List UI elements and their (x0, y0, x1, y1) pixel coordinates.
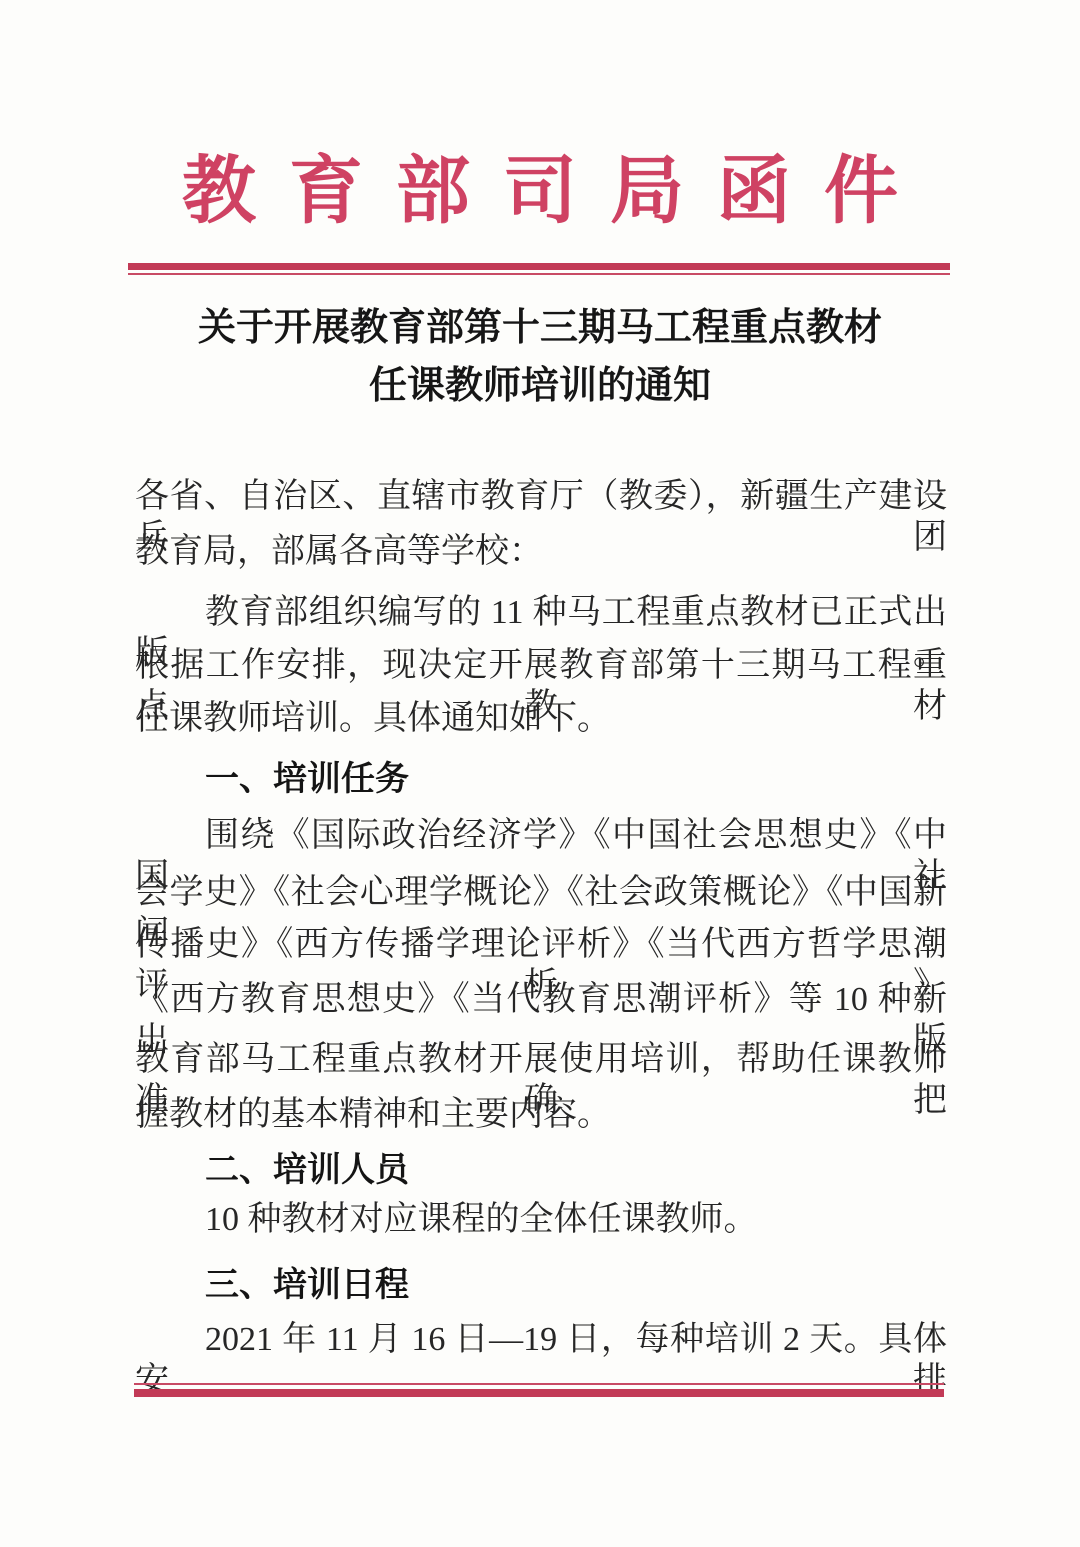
top-rule-thick-line (128, 263, 950, 270)
masthead-title: 教育部司局函件 (0, 155, 1080, 229)
body-line-personnel: 10 种教材对应课程的全体任课教师。 (135, 1200, 947, 1241)
scanned-document-page: 教育部司局函件 关于开展教育部第十三期马工程重点教材 任课教师培训的通知 各省、… (0, 0, 1080, 1547)
section-heading-1: 一、培训任务 (135, 759, 947, 800)
document-title-line-1: 关于开展教育部第十三期马工程重点教材 (0, 306, 1080, 352)
top-double-rule (128, 263, 950, 275)
bottom-rule-thick-line (134, 1389, 944, 1397)
document-title-line-2: 任课教师培训的通知 (0, 364, 1080, 410)
body-line-intro-3: 任课教师培训。具体通知如下。 (135, 699, 947, 740)
bottom-double-rule (134, 1383, 944, 1397)
body-line-salutation-2: 教育局，部属各高等学校： (135, 532, 947, 573)
top-rule-thin-line (128, 273, 950, 275)
body-line-task-6: 握教材的基本精神和主要内容。 (135, 1095, 947, 1136)
section-heading-2: 二、培训人员 (135, 1150, 947, 1191)
section-heading-3: 三、培训日程 (135, 1265, 947, 1306)
